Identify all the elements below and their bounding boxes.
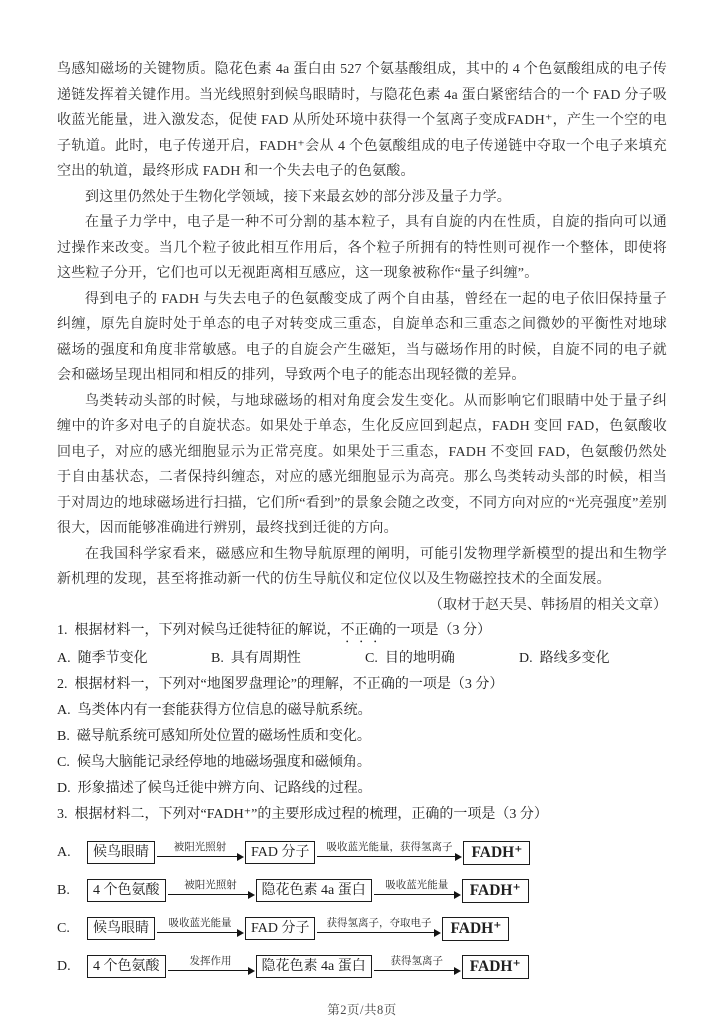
question-3-option-d-flowchart: D. 4 个色氨酸 发挥作用 隐花色素 4a 蛋白 获得氢离子 FADH⁺ <box>57 953 667 980</box>
flow-box-source: 4 个色氨酸 <box>87 955 166 978</box>
material-paragraph-6: 在我国科学家看来，磁感应和生物导航原理的阐明，可能引发物理学新模型的提出和生物学… <box>57 542 667 593</box>
flow-arrow-caption: 发挥作用 <box>168 955 254 968</box>
flow-arrow-icon: 吸收蓝光能量 <box>157 917 243 936</box>
flow-arrow-icon: 获得氢离子 <box>374 955 460 974</box>
reading-material: 鸟感知磁场的关键物质。隐花色素 4a 蛋白由 527 个氨基酸组成，其中的 4 … <box>57 57 667 618</box>
flow-arrow-caption: 获得氢离子，夺取电子 <box>317 917 440 930</box>
flow-box-source: 候鸟眼睛 <box>87 917 155 940</box>
question-1-options: A.随季节变化 B.具有周期性 C.目的地明确 D.路线多变化 <box>57 646 667 672</box>
question-1-stem: 1.根据材料一，下列对候鸟迁徙特征的解说，不正确的一项是（3 分） <box>57 618 667 646</box>
flow-arrow-icon: 获得氢离子，夺取电子 <box>317 917 440 936</box>
flow-box-middle: 隐花色素 4a 蛋白 <box>256 955 372 978</box>
material-paragraph-2: 到这里仍然处于生物化学领域，接下来最玄妙的部分涉及量子力学。 <box>57 185 667 211</box>
flow-box-result: FADH⁺ <box>462 879 529 903</box>
question-1-option-a: A.随季节变化 <box>57 646 211 672</box>
question-2-option-c: C.候鸟大脑能记录经停地的地磁场强度和磁倾角。 <box>57 750 667 776</box>
flow-arrow-caption: 吸收蓝光能量 <box>374 879 460 892</box>
material-paragraph-4: 得到电子的 FADH 与失去电子的色氨酸变成了两个自由基，曾经在一起的电子依旧保… <box>57 287 667 389</box>
questions-section: 1.根据材料一，下列对候鸟迁徙特征的解说，不正确的一项是（3 分） A.随季节变… <box>57 618 667 980</box>
flow-box-middle: FAD 分子 <box>245 917 315 940</box>
material-paragraph-1: 鸟感知磁场的关键物质。隐花色素 4a 蛋白由 527 个氨基酸组成，其中的 4 … <box>57 57 667 185</box>
flow-box-result: FADH⁺ <box>462 955 529 979</box>
flow-arrow-icon: 被阳光照射 <box>157 841 243 860</box>
flow-arrow-icon: 发挥作用 <box>168 955 254 974</box>
flow-option-label: B. <box>57 883 79 899</box>
question-1-text: 根据材料一，下列对候鸟迁徙特征的解说， <box>75 623 341 638</box>
question-3-option-a-flowchart: A. 候鸟眼睛 被阳光照射 FAD 分子 吸收蓝光能量，获得氢离子 FADH⁺ <box>57 839 667 866</box>
question-1-option-d: D.路线多变化 <box>519 646 610 672</box>
flow-arrow-caption: 被阳光照射 <box>168 879 254 892</box>
flow-arrow-caption: 获得氢离子 <box>374 955 460 968</box>
question-2-option-a: A.鸟类体内有一套能获得方位信息的磁导航系统。 <box>57 698 667 724</box>
flow-option-label: C. <box>57 921 79 937</box>
flow-box-middle: 隐花色素 4a 蛋白 <box>256 879 372 902</box>
material-paragraph-3: 在量子力学中，电子是一种不可分割的基本粒子，具有自旋的内在性质，自旋的指向可以通… <box>57 210 667 287</box>
material-paragraph-5: 鸟类转动头部的时候，与地球磁场的相对角度会发生变化。从而影响它们眼睛中处于量子纠… <box>57 389 667 542</box>
question-1-option-b: B.具有周期性 <box>211 646 365 672</box>
question-2-stem: 2.根据材料一，下列对“地图罗盘理论”的理解，不正确的一项是（3 分） <box>57 672 667 698</box>
question-2-text: 根据材料一，下列对“地图罗盘理论”的理解，不正确的一项是（3 分） <box>75 677 504 692</box>
flow-box-source: 4 个色氨酸 <box>87 879 166 902</box>
source-attribution: （取材于赵天昊、韩扬眉的相关文章） <box>57 593 667 619</box>
question-2-option-d: D.形象描述了候鸟迁徙中辨方向、记路线的过程。 <box>57 776 667 802</box>
flow-arrow-caption: 吸收蓝光能量，获得氢离子 <box>317 841 461 854</box>
question-3-option-b-flowchart: B. 4 个色氨酸 被阳光照射 隐花色素 4a 蛋白 吸收蓝光能量 FADH⁺ <box>57 877 667 904</box>
question-2-number: 2. <box>57 677 68 692</box>
flow-arrow-caption: 吸收蓝光能量 <box>157 917 243 930</box>
flow-arrow-icon: 吸收蓝光能量，获得氢离子 <box>317 841 461 860</box>
exam-document-page: 鸟感知磁场的关键物质。隐花色素 4a 蛋白由 527 个氨基酸组成，其中的 4 … <box>0 0 724 1024</box>
flow-option-label: A. <box>57 845 79 861</box>
flow-box-middle: FAD 分子 <box>245 841 315 864</box>
flow-arrow-icon: 被阳光照射 <box>168 879 254 898</box>
question-2-option-b: B.磁导航系统可感知所处位置的磁场性质和变化。 <box>57 724 667 750</box>
flow-box-source: 候鸟眼睛 <box>87 841 155 864</box>
question-1-emphasized-text: 不正确 <box>341 623 383 638</box>
page-number: 第2页/共8页 <box>0 1000 724 1018</box>
question-1-text-suffix: 的一项是（3 分） <box>383 623 492 638</box>
question-3-number: 3. <box>57 807 68 822</box>
question-3-stem: 3.根据材料二，下列对“FADH⁺”的主要形成过程的梳理，正确的一项是（3 分） <box>57 802 667 828</box>
question-1-option-c: C.目的地明确 <box>365 646 519 672</box>
flow-arrow-caption: 被阳光照射 <box>157 841 243 854</box>
question-3-option-c-flowchart: C. 候鸟眼睛 吸收蓝光能量 FAD 分子 获得氢离子，夺取电子 FADH⁺ <box>57 915 667 942</box>
flow-option-label: D. <box>57 959 79 975</box>
question-3-text: 根据材料二，下列对“FADH⁺”的主要形成过程的梳理，正确的一项是（3 分） <box>75 807 548 822</box>
question-1-number: 1. <box>57 623 68 638</box>
flow-box-result: FADH⁺ <box>463 841 530 865</box>
flow-arrow-icon: 吸收蓝光能量 <box>374 879 460 898</box>
flow-box-result: FADH⁺ <box>442 917 509 941</box>
